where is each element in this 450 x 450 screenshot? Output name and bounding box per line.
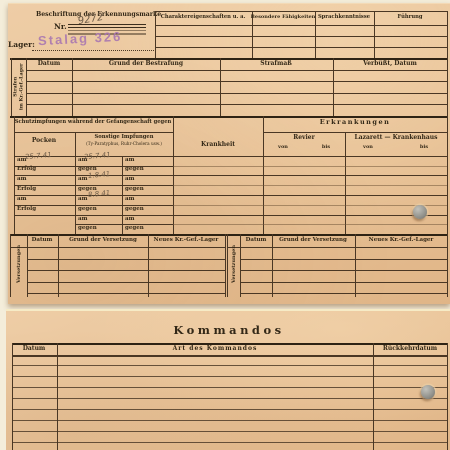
rule [333,58,334,116]
vacc-label: am [17,197,26,203]
rule [26,81,447,82]
strafen-side-label-2: im Kr.-Gef.-Lager [19,59,25,115]
strafen-col-verbuesst: Verbüßt, Datum [363,61,417,67]
vacc-label: gegen [125,226,144,232]
pow-record-card-scan: Beschriftung der Erkennungsmarke Nr. 927… [0,0,450,450]
col-charakter: Charaktereigenschaften u. a. [161,15,246,20]
vacc-date-handwritten: 25.7.41 [25,152,52,161]
vacc-date-handwritten: 8.8.41 [88,190,111,199]
erkrankungen-title: Erkrankungen [320,119,391,126]
col-sonstige: Sonstige Impfungen [94,135,153,140]
rule [14,132,173,133]
strafen-col-grund: Grund der Bestrafung [109,61,183,67]
rule [272,234,273,297]
rule [227,234,228,297]
vacc-label: am [125,197,134,203]
vacc-date-handwritten: 1.8.41 [88,171,111,180]
col-fuehrung: Führung [397,15,422,20]
versetzungen-side-label-right: Versetzungen [231,236,237,292]
revier-bis: bis [322,145,330,150]
rule [75,132,76,234]
vacc-label: am [125,158,134,164]
vacc-label: am [78,217,87,223]
rule [345,132,346,234]
lazarett-bis: bis [420,145,428,150]
lazarett-von: von [363,145,373,150]
versetz-col-grund: Grund der Versetzung [279,238,347,244]
col-sonstige-sub: (Ty-Paratyphus, Ruhr-Cholera usw.) [86,142,162,146]
rule [155,11,447,12]
rule [58,234,59,297]
vacc-label: gegen [78,207,97,213]
hole-punch [421,385,435,399]
revier-von: von [278,145,288,150]
vacc-label: Erfolg [17,167,36,173]
impfungen-title: Schutzimpfungen während der Gefangenscha… [15,120,172,125]
rule [26,93,447,94]
kommandos-row-lines [12,355,447,450]
strafen-col-datum: Datum [38,61,61,67]
vacc-label: gegen [125,167,144,173]
rule [355,234,356,297]
rule [155,25,447,26]
rule [10,234,447,236]
kommandos-col-art: Art des Kommandos [173,346,258,352]
rule [27,270,225,271]
vacc-label: gegen [78,226,97,232]
col-sprachen: Sprachkenntnisse [318,15,370,20]
versetz-col-datum: Datum [32,238,53,244]
lower-card: Kommandos Datum Art des Kommandos Rückke… [6,309,450,450]
vacc-label: Erfolg [17,187,36,193]
rule [155,36,447,37]
vacc-label: am [125,177,134,183]
hole-punch [413,205,427,219]
rule [227,247,447,248]
rule [155,47,447,48]
rule [72,58,73,116]
versetz-col-datum: Datum [246,238,267,244]
versetz-col-grund: Grund der Versetzung [69,238,137,244]
rule [240,282,447,283]
kommandos-title: Kommandos [173,325,284,337]
upper-card: Beschriftung der Erkennungsmarke Nr. 927… [8,3,450,304]
rule [26,58,27,116]
vacc-label: am [78,177,87,183]
strafen-col-strafmass: Strafmaß [260,61,292,67]
rule [26,104,447,105]
kommandos-col-rueckkehr: Rückkehrdatum [383,346,437,352]
vacc-label: Erfolg [17,207,36,213]
rule [27,234,28,297]
rule [173,224,447,225]
rule [173,205,447,206]
rule [220,58,221,116]
rule [225,234,226,297]
col-lazarett: Lazarett — Krankenhaus [354,135,437,141]
rule [173,166,447,167]
vacc-date-handwritten: 25.7.41 [84,152,111,161]
rule [27,293,225,294]
vacc-label: gegen [125,187,144,193]
versetz-col-neues: Neues Kr.-Gef.-Lager [369,238,434,244]
rule [10,234,11,297]
versetz-col-neues: Neues Kr.-Gef.-Lager [154,238,219,244]
rule [263,132,447,133]
rule [240,259,447,260]
lager-label: Lager: [8,41,35,49]
col-revier: Revier [293,135,315,141]
rule [240,270,447,271]
rule [10,247,225,248]
rule [447,343,448,450]
strafen-side-label: Strafen im Kr.-Gef.-Lager [13,59,25,115]
rule [148,234,149,297]
kommandos-col-datum: Datum [23,346,46,352]
nr-label: Nr. [54,23,67,31]
rule [155,11,156,58]
col-faehigkeiten: Besondere Fähigkeiten [251,15,316,20]
rule [240,293,447,294]
rule [27,259,225,260]
col-krankheit: Krankheit [201,142,235,148]
vacc-label: am [125,217,134,223]
rule [374,11,375,58]
vacc-label: am [78,197,87,203]
rule [447,11,448,297]
col-pocken: Pocken [32,138,56,144]
vacc-label: am [17,177,26,183]
rule [240,234,241,297]
vacc-label: gegen [125,207,144,213]
rule [173,185,447,186]
versetzungen-side-label-left: Versetzungen [16,236,22,292]
rule [26,70,447,71]
rule [27,282,225,283]
